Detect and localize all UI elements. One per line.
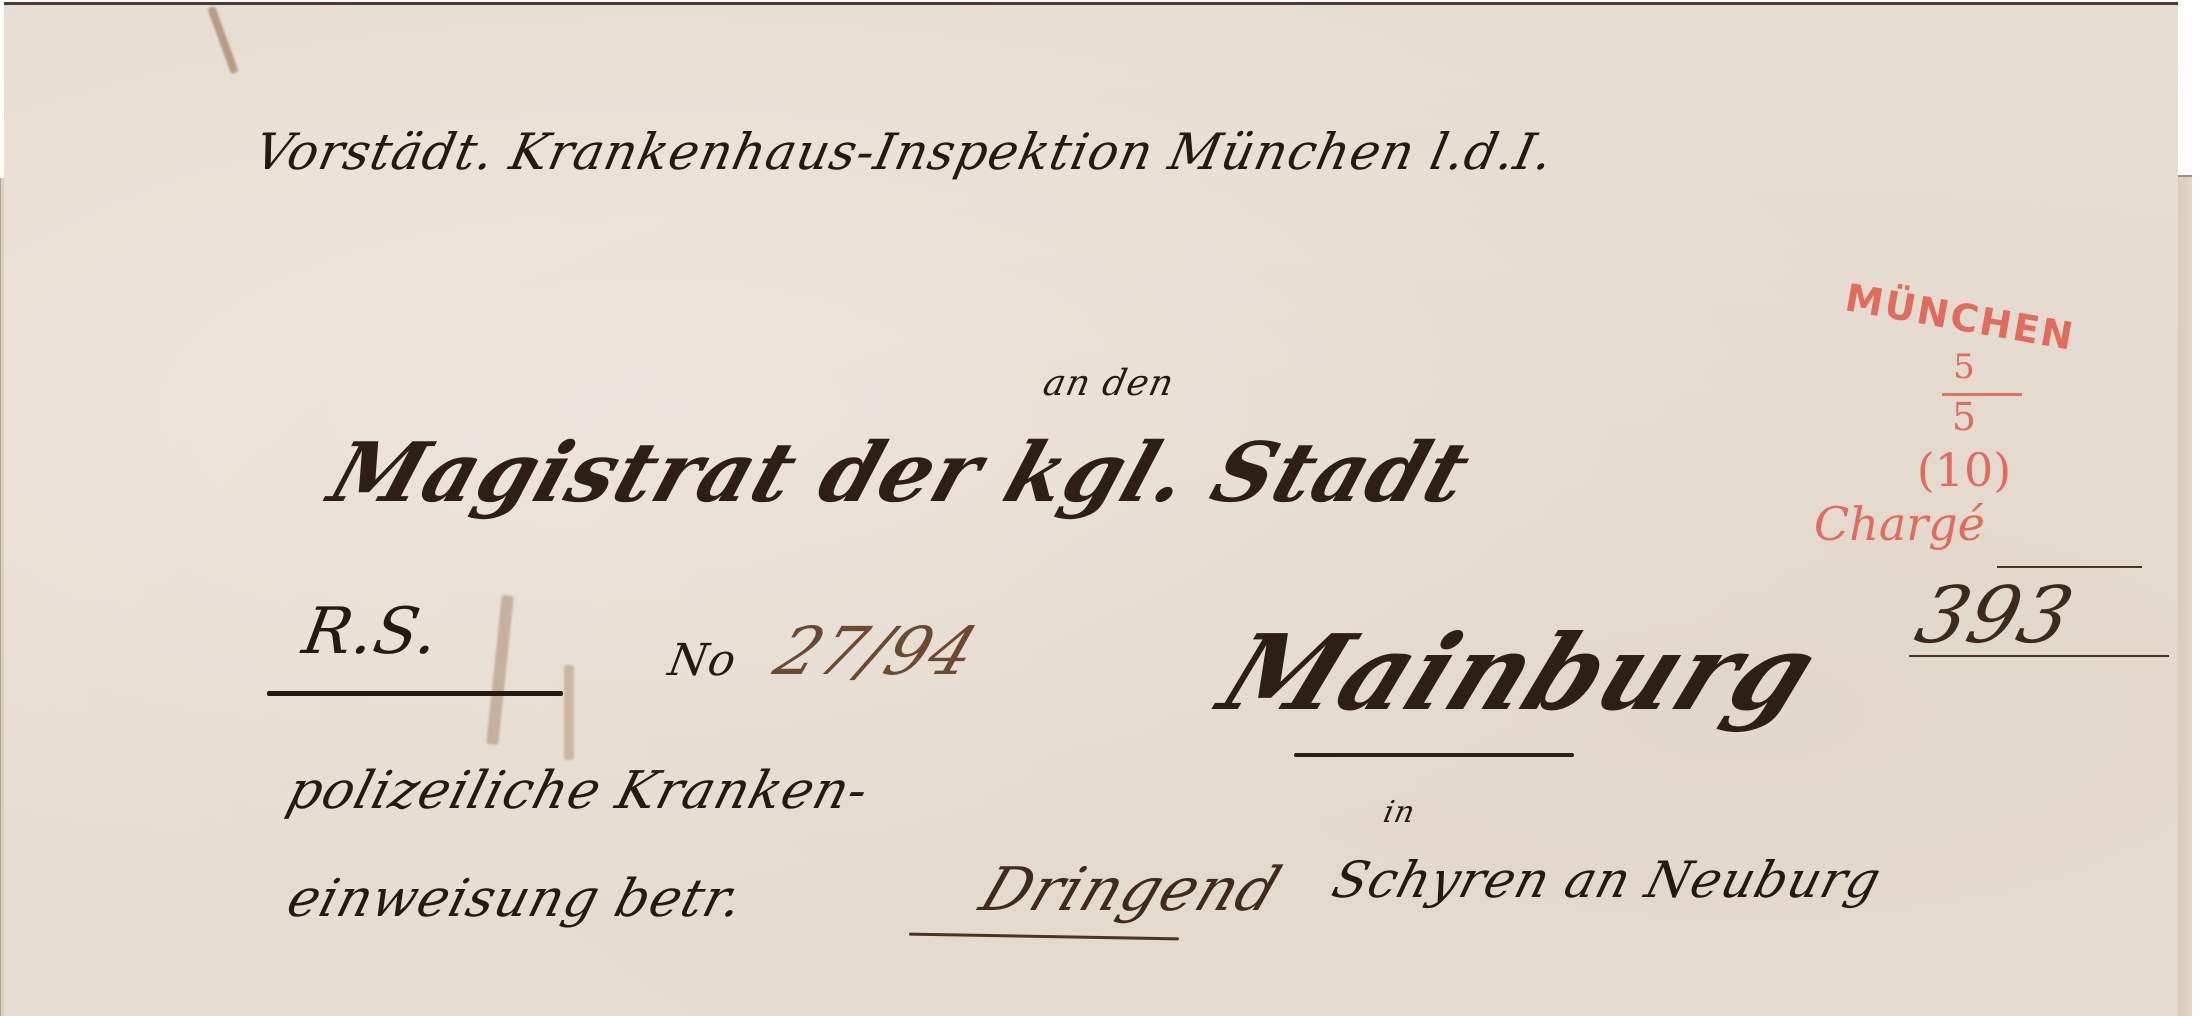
address-prefix: an den (1040, 363, 1178, 404)
ink-stain (207, 6, 238, 75)
reference-line-bottom (1909, 655, 2169, 657)
reference-number: 393 (1907, 571, 2083, 661)
destination-preposition: in (1380, 795, 1418, 830)
postmark-hour: (10) (1824, 443, 2104, 497)
postmark-month: 5 (1824, 395, 2104, 439)
recipient-name: Magistrat der kgl. Stadt (318, 425, 1481, 521)
urgency-underline (909, 933, 1179, 941)
ink-stain (564, 665, 574, 760)
number-label: No (665, 635, 741, 686)
right-paper-fold (2178, 175, 2192, 1016)
red-postmark: MÜNCHEN 5 5 (10) Chargé (1824, 275, 2104, 575)
urgency-note: Dringend (971, 855, 1290, 925)
number-value: 27/94 (765, 613, 988, 690)
postmark-day: 5 (1824, 347, 2104, 387)
destination-district: Schyren an Neuburg (1326, 851, 1887, 909)
letter-cover: Vorstädt. Krankenhaus-Inspektion München… (4, 2, 2178, 1016)
registry-underline (267, 691, 563, 696)
registry-mark: R.S. (297, 595, 444, 669)
subject-line-1: polizeiliche Kranken- (281, 761, 875, 821)
ink-stain (486, 595, 514, 745)
reference-line-top (1997, 566, 2142, 568)
destination-city: Mainburg (1204, 611, 1835, 734)
destination-underline (1294, 753, 1574, 757)
sender-line: Vorstädt. Krankenhaus-Inspektion München… (250, 123, 1559, 181)
postmark-charge-marking: Chargé (1814, 497, 1985, 551)
subject-line-2: einweisung betr. (281, 869, 750, 929)
